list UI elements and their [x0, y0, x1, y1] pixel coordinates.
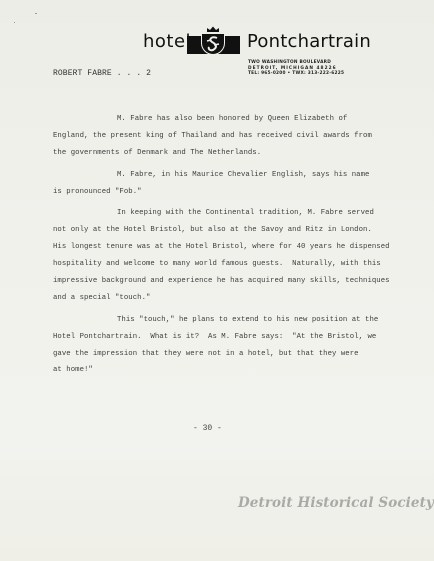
hotel-crest-logo-icon [187, 26, 240, 54]
crown-icon [206, 26, 220, 33]
text-line: and a special "touch." [53, 290, 393, 307]
paragraph: In keeping with the Continental traditio… [53, 205, 393, 306]
paragraph: M. Fabre, in his Maurice Chevalier Engli… [53, 167, 393, 201]
text-line: M. Fabre has also been honored by Queen … [53, 111, 393, 128]
text-line: at home!" [53, 362, 393, 379]
letterhead-hotel-name: Pontchartrain [247, 32, 371, 52]
page-header: ROBERT FABRE . . . 2 [53, 69, 151, 78]
shield-icon [201, 33, 225, 55]
text-line: gave the impression that they were not i… [53, 346, 393, 363]
text-line: impressive background and experience he … [53, 273, 393, 290]
text-line: hospitality and welcome to many world fa… [53, 256, 393, 273]
text-line: His longest tenure was at the Hotel Bris… [53, 239, 393, 256]
text-line: is pronounced "Fob." [53, 184, 393, 201]
text-line: not only at the Hotel Bristol, but also … [53, 222, 393, 239]
text-line: the governments of Denmark and The Nethe… [53, 145, 393, 162]
text-line: England, the present king of Thailand an… [53, 128, 393, 145]
address-phone: TEL: 965-0200 • TWX: 313-222-6225 [248, 71, 344, 77]
text-line: In keeping with the Continental traditio… [53, 205, 393, 222]
document-body: M. Fabre has also been honored by Queen … [53, 111, 393, 379]
paragraph: This "touch," he plans to extend to his … [53, 312, 393, 380]
text-line: M. Fabre, in his Maurice Chevalier Engli… [53, 167, 393, 184]
watermark: Detroit Historical Society [238, 495, 434, 511]
serpent-monogram-icon [204, 35, 222, 53]
letterhead-hotel-word: hotel [143, 32, 191, 52]
paragraph: M. Fabre has also been honored by Queen … [53, 111, 393, 162]
document-page: hotel Pontchartrain TWO WASHINGTON BOULE… [0, 0, 434, 561]
text-line: Hotel Pontchartrain. What is it? As M. F… [53, 329, 393, 346]
address-street: TWO WASHINGTON BOULEVARD [248, 60, 344, 66]
text-line: This "touch," he plans to extend to his … [53, 312, 393, 329]
letterhead-address: TWO WASHINGTON BOULEVARD DETROIT, MICHIG… [248, 60, 344, 77]
page-number: - 30 - [193, 424, 222, 433]
